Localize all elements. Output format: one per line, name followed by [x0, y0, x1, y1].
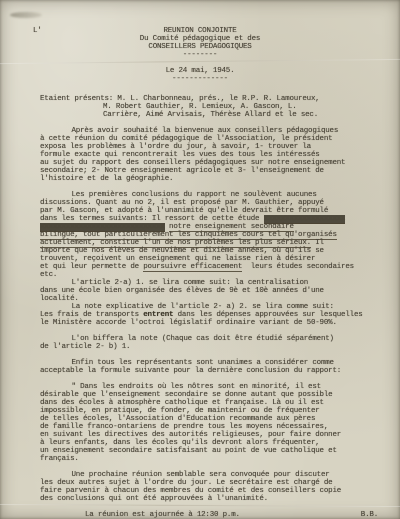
title-line-2: Du Comité pédagogique et des [0, 35, 400, 43]
doc-line: " Dans les endroits où les nôtres sont e… [40, 383, 378, 391]
doc-line: bilingue, tout particulièrement les cinq… [40, 231, 378, 239]
doc-line: et qui leur permette de poursuivre effic… [40, 263, 378, 271]
title-line-1: REUNION CONJOINTE [0, 27, 400, 35]
doc-line: faire parvenir à chacun des membres du c… [40, 487, 378, 495]
doc-line: à leurs enfants, dans les écoles qu'ils … [40, 439, 378, 447]
doc-line: trouvent, reçoivent un enseignement qui … [40, 255, 378, 263]
doc-line: dans les termes suivants: Il ressort de … [40, 215, 378, 223]
scanned-document-page: L' REUNION CONJOINTE Du Comité pédagogiq… [0, 0, 400, 519]
doc-line: désirable que l'enseignement secondaire … [40, 391, 378, 399]
title-rule-1: -------- [0, 51, 400, 59]
doc-line: Enfin tous les représentants sont unanim… [40, 359, 378, 367]
doc-line: dans des écoles à atmosphère catholique … [40, 399, 378, 407]
doc-line: de l'article 2- b) 1. [40, 343, 378, 351]
title-line-3: CONSEILLERS PEDAGOGIQUES [0, 43, 400, 51]
doc-line: par M. Gascon, et adopté à l'unanimité q… [40, 207, 378, 215]
doc-line: L'on biffera la note (Chaque cas doit êt… [40, 335, 378, 343]
doc-line: Les frais de transports entrent dans les… [40, 311, 378, 319]
doc-line: formule exacte qui rencontrerait les vue… [40, 151, 378, 159]
doc-line: des conclusions qui ont été approuvées à… [40, 495, 378, 503]
title-rule-2: ------------- [0, 75, 400, 83]
document-lines: Etaient présents: M. L. Charbonneau, pré… [40, 95, 378, 503]
doc-line: de famille franco-ontariens de prendre t… [40, 423, 378, 431]
doc-line: de telles écoles, l'Association d'Educat… [40, 415, 378, 423]
doc-line: dans une école bien organisée des élèves… [40, 287, 378, 295]
doc-line: en suivant les directives des autorités … [40, 431, 378, 439]
doc-line: L'article 2-a) 1. se lira comme suit: la… [40, 279, 378, 287]
doc-line: importe que nos élèves de neuvième et di… [40, 247, 378, 255]
page-content: L' REUNION CONJOINTE Du Comité pédagogiq… [0, 0, 400, 519]
closing-line: La réunion est ajournée à 12:30 p.m. B.B… [40, 511, 378, 519]
doc-line: secondaire; 2- Notre enseignement agrico… [40, 167, 378, 175]
doc-line: Les premières conclusions du rapport ne … [40, 191, 378, 199]
title-block: REUNION CONJOINTE Du Comité pédagogique … [0, 27, 400, 83]
corner-mark: L' [33, 27, 42, 35]
adjournment-text: La réunion est ajournée à 12:30 p.m. [85, 511, 240, 519]
doc-line: les deux autres sujet à l'ordre du jour.… [40, 479, 378, 487]
doc-line: Après avoir souhaité la bienvenue aux co… [40, 127, 378, 135]
doc-line: Etaient présents: M. L. Charbonneau, pré… [40, 95, 378, 103]
doc-line: xxxxxxxxxxxxxxxxxxxxxxxxxxxxx notre ense… [40, 223, 378, 231]
doc-line: le Ministère accorde l'octroi législatif… [40, 319, 378, 327]
doc-line: discussions. Quant au no 2, il est propo… [40, 199, 378, 207]
signature-initials: B.B. [361, 511, 378, 519]
doc-line: au sujet du rapport des conseillers péda… [40, 159, 378, 167]
doc-line: exposa les problèmes à l'ordre du jour, … [40, 143, 378, 151]
doc-line: acceptable la formule suivante pour la d… [40, 367, 378, 375]
doc-line: impossible, en pratique, de fonder, de m… [40, 407, 378, 415]
doc-line: l'histoire et de la géographie. [40, 175, 378, 183]
doc-line: Carrière, Aimé Arvisais, Thérèse Allard … [40, 111, 378, 119]
doc-line: actuellement, constitue l'un de nos prob… [40, 239, 378, 247]
date-line: Le 24 mai, 1945. [0, 67, 400, 75]
doc-line: La note explicative de l'article 2- a) 2… [40, 303, 378, 311]
doc-line: localité. [40, 295, 378, 303]
doc-line: un enseignement secondaire satisfaisant … [40, 447, 378, 455]
doc-line: etc. [40, 271, 378, 279]
doc-line: à cette réunion du comité pédagogique de… [40, 135, 378, 143]
doc-line: M. Robert Gauthier, R. Lemieux, A. Gasco… [40, 103, 378, 111]
doc-line: français. [40, 455, 378, 463]
doc-line: Une prochaine réunion semblable sera con… [40, 471, 378, 479]
